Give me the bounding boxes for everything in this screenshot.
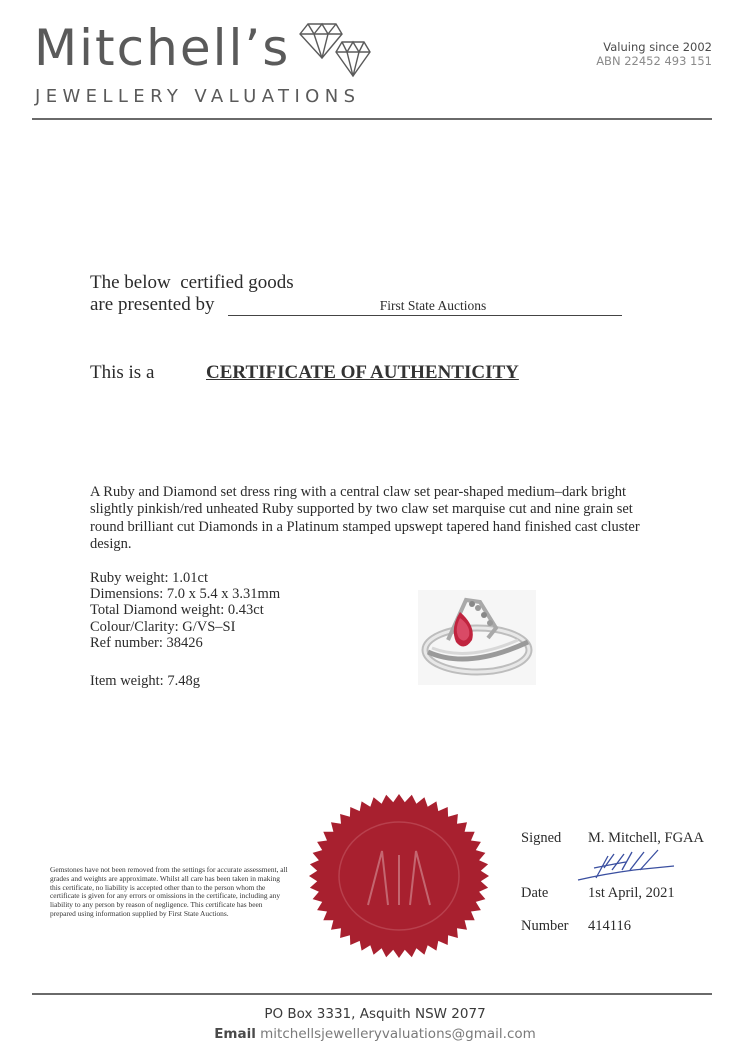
footer-email-row: Email mitchellsjewelleryvaluations@gmail…: [0, 1024, 750, 1044]
presenter-field: First State Auctions: [228, 298, 622, 316]
date-value: 1st April, 2021: [588, 885, 675, 902]
number-label: Number: [521, 918, 569, 935]
spec-dimensions: Dimensions: 7.0 x 5.4 x 3.31mm: [90, 586, 280, 602]
brand-name: Mitchell’s: [34, 18, 290, 78]
item-specs: Ruby weight: 1.01ct Dimensions: 7.0 x 5.…: [90, 570, 280, 651]
brand-subtitle: JEWELLERY VALUATIONS: [35, 86, 360, 108]
diamonds-icon: [296, 22, 374, 80]
certificate-label: This is a: [90, 362, 154, 384]
spec-colour-clarity: Colour/Clarity: G/VS–SI: [90, 619, 280, 635]
footer: PO Box 3331, Asquith NSW 2077 Email mitc…: [0, 1004, 750, 1044]
email-label: Email: [214, 1026, 256, 1042]
signer-name: M. Mitchell, FGAA: [588, 830, 704, 847]
signature-icon: [574, 848, 684, 884]
disclaimer: Gemstones have not been removed from the…: [50, 866, 290, 919]
company-info: Valuing since 2002 ABN 22452 493 151: [596, 40, 712, 68]
item-description: A Ruby and Diamond set dress ring with a…: [90, 484, 650, 553]
date-label: Date: [521, 885, 548, 902]
intro-line-1: The below certified goods: [90, 272, 294, 294]
certificate-title: CERTIFICATE OF AUTHENTICITY: [206, 362, 519, 384]
tagline: Valuing since 2002: [596, 40, 712, 54]
spec-ref-number: Ref number: 38426: [90, 635, 280, 651]
email-link[interactable]: mitchellsjewelleryvaluations@gmail.com: [260, 1026, 536, 1042]
header-divider: [32, 118, 712, 120]
footer-address: PO Box 3331, Asquith NSW 2077: [0, 1004, 750, 1024]
spec-ruby-weight: Ruby weight: 1.01ct: [90, 570, 280, 586]
item-weight: Item weight: 7.48g: [90, 673, 200, 690]
wax-seal-icon: [308, 793, 490, 959]
certificate-number: 414116: [588, 918, 631, 935]
footer-divider: [32, 993, 712, 995]
spec-diamond-weight: Total Diamond weight: 0.43ct: [90, 602, 280, 618]
ruby-ring-photo: [418, 590, 536, 685]
presenter-name: First State Auctions: [364, 298, 487, 314]
abn: ABN 22452 493 151: [596, 54, 712, 68]
signed-label: Signed: [521, 830, 561, 847]
